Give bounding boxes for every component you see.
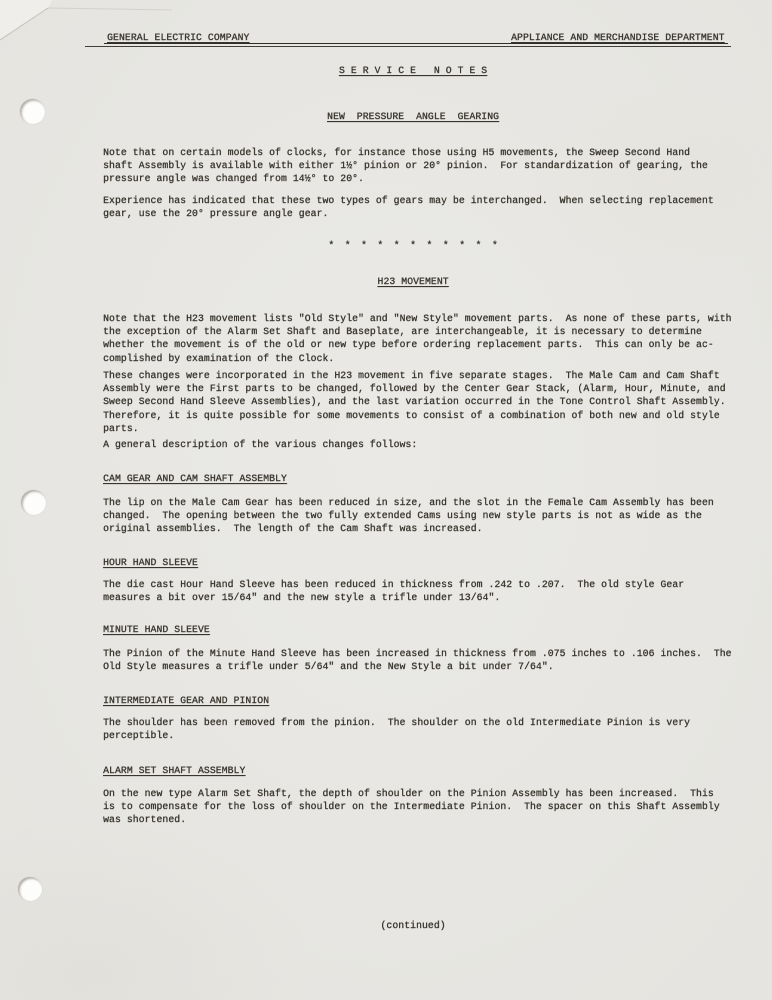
paragraph-pressure-2: Experience has indicated that these two … bbox=[103, 194, 743, 220]
punch-hole-middle bbox=[21, 490, 46, 515]
punch-hole-top bbox=[20, 99, 45, 124]
continued-footer: (continued) bbox=[103, 919, 723, 932]
document-title: S E R V I C E N O T E S bbox=[103, 64, 723, 77]
header-rule-top bbox=[104, 43, 728, 45]
corner-fold-artifact bbox=[0, 0, 180, 60]
paragraph-pressure-1: Note that on certain models of clocks, f… bbox=[103, 146, 743, 186]
subsection-body-hour-hand-sleeve: The die cast Hour Hand Sleeve has been r… bbox=[103, 578, 743, 604]
section-heading-h23-movement: H23 MOVEMENT bbox=[103, 275, 723, 288]
subsection-heading-minute-hand-sleeve: MINUTE HAND SLEEVE bbox=[103, 623, 743, 636]
subsection-body-intermediate-gear: The shoulder has been removed from the p… bbox=[103, 716, 743, 742]
subsection-heading-cam-gear: CAM GEAR AND CAM SHAFT ASSEMBLY bbox=[103, 472, 743, 485]
paragraph-h23-1: Note that the H23 movement lists "Old St… bbox=[103, 312, 743, 365]
subsection-body-cam-gear: The lip on the Male Cam Gear has been re… bbox=[103, 496, 743, 536]
paragraph-h23-3: A general description of the various cha… bbox=[103, 438, 743, 451]
asterisk-divider: * * * * * * * * * * * bbox=[103, 239, 723, 252]
subsection-heading-alarm-set-shaft: ALARM SET SHAFT ASSEMBLY bbox=[103, 764, 743, 777]
paragraph-h23-2: These changes were incorporated in the H… bbox=[103, 369, 743, 435]
subsection-heading-intermediate-gear: INTERMEDIATE GEAR AND PINION bbox=[103, 694, 743, 707]
subsection-heading-hour-hand-sleeve: HOUR HAND SLEEVE bbox=[103, 556, 743, 569]
header-rule-bottom bbox=[85, 46, 731, 47]
subsection-body-alarm-set-shaft: On the new type Alarm Set Shaft, the dep… bbox=[103, 787, 743, 827]
subsection-body-minute-hand-sleeve: The Pinion of the Minute Hand Sleeve has… bbox=[103, 647, 743, 673]
punch-hole-bottom bbox=[18, 877, 42, 901]
section-heading-pressure-gearing: NEW PRESSURE ANGLE GEARING bbox=[103, 110, 723, 123]
scanned-document-page: GENERAL ELECTRIC COMPANY APPLIANCE AND M… bbox=[0, 0, 772, 1000]
